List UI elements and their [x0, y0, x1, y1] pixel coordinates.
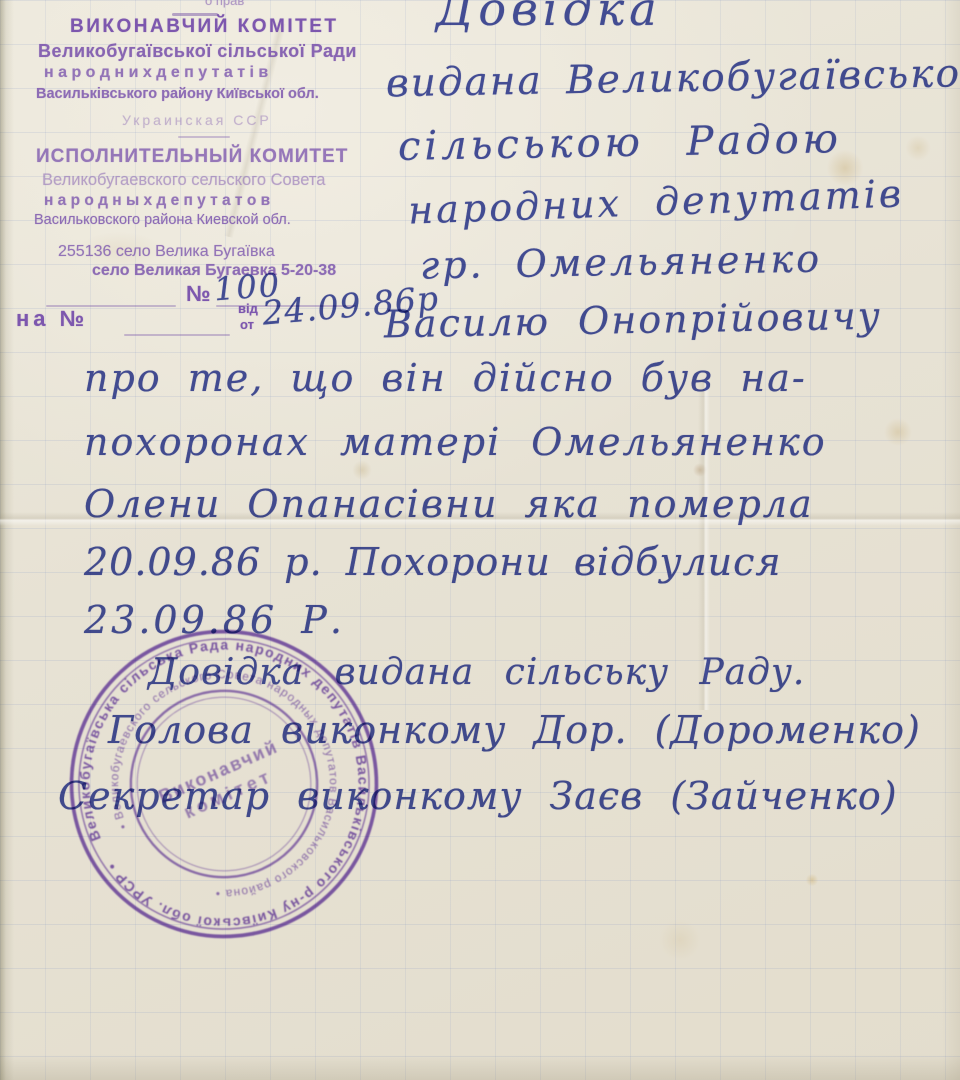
- letterhead-republic-line: Украинская ССР: [122, 112, 272, 128]
- letterhead-ru-committee-title: ИСПОЛНИТЕЛЬНЫЙ КОМИТЕТ: [36, 146, 348, 168]
- from-label-ru: от: [240, 317, 254, 332]
- letterhead-divider-rule: [178, 136, 230, 138]
- letterhead-postal-address-uk: 255136 село Велика Бугаївка: [58, 243, 275, 261]
- letterhead-ru-deputies-line: н а р о д н ы х д е п у т а т о в: [44, 192, 270, 210]
- letterhead-uk-council-name: Великобугаївської сільської Ради: [38, 41, 357, 62]
- handwritten-line: гр. Омельяненко: [420, 236, 823, 287]
- letterhead-ru-district-line: Васильковского района Киевской обл.: [34, 212, 291, 228]
- handwritten-line: про те, що він дійсно був на-: [84, 356, 807, 400]
- handwritten-line: сільською Радою: [398, 116, 843, 170]
- handwritten-signature-secretary: Секретар виконкому Заєв (Зайченко): [58, 774, 898, 818]
- letterhead-uk-deputies-line: н а р о д н и х д е п у т а т і в: [44, 64, 268, 82]
- handwritten-line: видана Великобугаївською: [386, 51, 960, 107]
- letterhead-uk-committee-title: ВИКОНАВЧИЙ КОМІТЕТ: [70, 16, 339, 38]
- handwritten-line: народних депутатів: [407, 171, 904, 232]
- on-number-underline: [124, 334, 230, 336]
- handwritten-line: Василю Онопрійовичу: [384, 294, 882, 347]
- number-sign-label: №: [186, 281, 211, 307]
- handwritten-signature-head: Голова виконкому Дор. (Дороменко): [108, 708, 921, 752]
- scanned-document-page: о прав ВИКОНАВЧИЙ КОМІТЕТ Великобугаївсь…: [0, 0, 960, 1080]
- on-number-label: на №: [16, 306, 88, 332]
- letterhead-ru-council-name: Великобугаевского сельского Совета: [42, 171, 325, 190]
- handwritten-line: Олени Опанасівни яка померла: [84, 482, 814, 526]
- handwritten-title: Довідка: [436, 0, 662, 36]
- handwritten-line: похоронах матері Омельяненко: [84, 420, 827, 464]
- handwritten-line: Довідка видана сільську Раду.: [148, 652, 805, 693]
- handwritten-line: 23.09.86 Р.: [84, 598, 345, 642]
- letterhead-top-fragment: о прав: [205, 0, 244, 8]
- letterhead-uk-district-line: Васильківського району Київської обл.: [36, 86, 319, 102]
- handwritten-line: 20.09.86 р. Похорони відбулися: [84, 540, 782, 584]
